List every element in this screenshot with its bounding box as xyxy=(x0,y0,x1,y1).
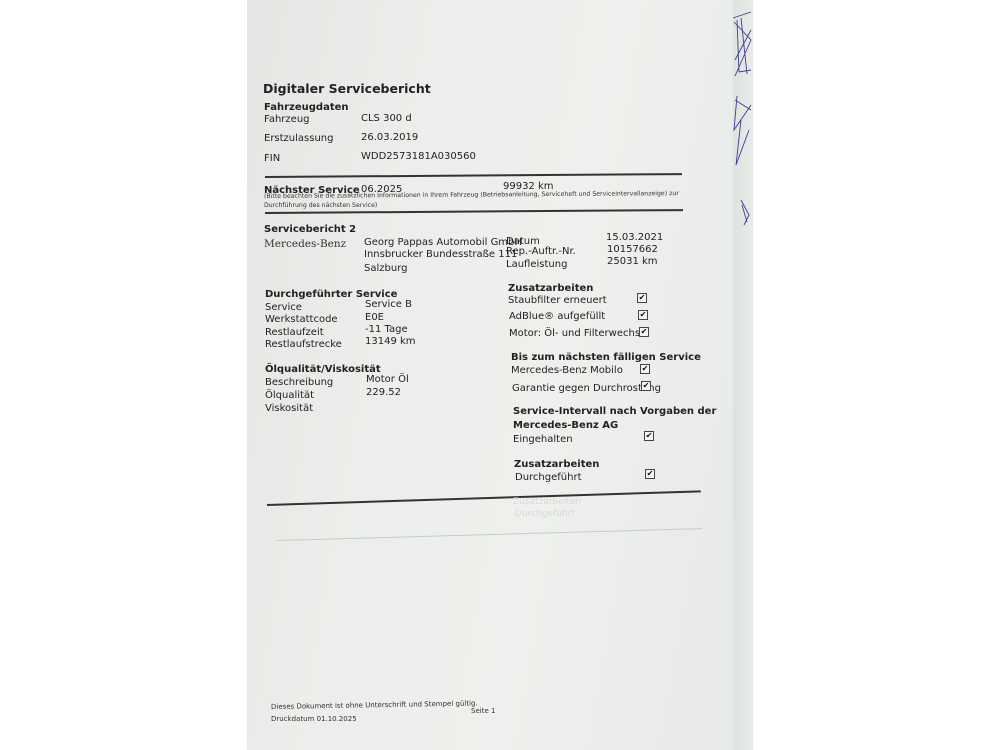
dealer-city: Salzburg xyxy=(364,263,407,274)
additional-work-heading: Zusatzarbeiten xyxy=(508,283,593,294)
remaining-time-value: -11 Tage xyxy=(365,324,408,335)
divider xyxy=(265,173,682,177)
remaining-distance-value: 13149 km xyxy=(365,336,416,347)
order-number-value: 10157662 xyxy=(607,244,658,255)
show-through-text: Zusatzarbeiten xyxy=(513,497,581,507)
extra-work-heading: Zusatzarbeiten xyxy=(514,459,599,470)
oil-heading: Ölqualität/Viskosität xyxy=(265,364,381,375)
vin-value: WDD2573181A030560 xyxy=(361,151,476,162)
report-heading: Servicebericht 2 xyxy=(264,224,356,235)
extra-work-done-checkbox: ✔ xyxy=(645,469,655,479)
workshop-code-label: Werkstattcode xyxy=(265,314,338,325)
mobilo-label: Mercedes-Benz Mobilo xyxy=(511,365,623,376)
oil-change-checkbox: ✔ xyxy=(639,327,649,337)
vehicle-heading: Fahrzeugdaten xyxy=(264,102,349,113)
oil-change-label: Motor: Öl- und Filterwechsel xyxy=(509,328,649,339)
vin-label: FIN xyxy=(264,153,280,164)
divider xyxy=(267,490,701,505)
oil-description-label: Beschreibung xyxy=(265,377,333,388)
mileage-label: Laufleistung xyxy=(506,259,567,270)
divider xyxy=(265,209,683,213)
dealer-street: Innsbrucker Bundesstraße 111 xyxy=(364,249,517,260)
remaining-time-label: Restlaufzeit xyxy=(265,327,324,338)
document-title: Digitaler Servicebericht xyxy=(263,81,431,96)
registration-label: Erstzulassung xyxy=(264,133,334,144)
show-through-text: Durchgeführt xyxy=(515,509,575,519)
rust-warranty-checkbox: ✔ xyxy=(641,381,651,391)
validity-note: Dieses Dokument ist ohne Unterschrift un… xyxy=(271,699,478,711)
cabin-filter-label: Staubfilter erneuert xyxy=(508,295,607,306)
brand-name: Mercedes-Benz xyxy=(264,238,346,250)
registration-value: 26.03.2019 xyxy=(361,132,418,143)
oil-quality-value: 229.52 xyxy=(366,387,401,398)
background-left xyxy=(0,0,248,750)
interval-heading-2: Mercedes-Benz AG xyxy=(513,420,618,431)
service-report-page: Digitaler Servicebericht Fahrzeugdaten F… xyxy=(247,0,753,750)
order-number-label: Rep.-Auftr.-Nr. xyxy=(506,246,576,257)
next-service-note-2: Durchführung des nächsten Service) xyxy=(264,202,377,209)
workshop-code-value: E0E xyxy=(365,312,384,323)
viscosity-label: Viskosität xyxy=(265,403,313,414)
print-date: Druckdatum 01.10.2025 xyxy=(271,715,357,723)
next-service-note-1: (Bitte beachten Sie die zusätzlichen Inf… xyxy=(264,190,679,200)
background-right xyxy=(753,0,1000,750)
interval-kept-label: Eingehalten xyxy=(513,434,573,445)
cabin-filter-checkbox: ✔ xyxy=(637,293,647,303)
dealer-name: Georg Pappas Automobil GmbH xyxy=(364,237,522,248)
rust-warranty-label: Garantie gegen Durchrostung xyxy=(512,383,661,394)
page-number: Seite 1 xyxy=(471,707,495,715)
interval-heading-1: Service-Intervall nach Vorgaben der xyxy=(513,406,716,417)
until-next-heading: Bis zum nächsten fälligen Service xyxy=(511,352,701,363)
adblue-label: AdBlue® aufgefüllt xyxy=(509,311,605,322)
oil-quality-label: Ölqualität xyxy=(265,390,314,401)
mobilo-checkbox: ✔ xyxy=(640,364,650,374)
extra-work-done-label: Durchgeführt xyxy=(515,472,582,483)
remaining-distance-label: Restlaufstrecke xyxy=(265,339,342,350)
vehicle-value: CLS 300 d xyxy=(361,113,412,124)
service-label: Service xyxy=(265,302,302,313)
pen-scribble-icon xyxy=(731,0,753,260)
adblue-checkbox: ✔ xyxy=(638,310,648,320)
vehicle-label: Fahrzeug xyxy=(264,114,310,125)
mileage-value: 25031 km xyxy=(607,256,658,267)
interval-kept-checkbox: ✔ xyxy=(644,431,654,441)
oil-description-value: Motor Öl xyxy=(366,374,409,385)
service-value: Service B xyxy=(365,299,412,310)
show-through-line xyxy=(277,528,702,541)
date-value: 15.03.2021 xyxy=(606,232,663,243)
